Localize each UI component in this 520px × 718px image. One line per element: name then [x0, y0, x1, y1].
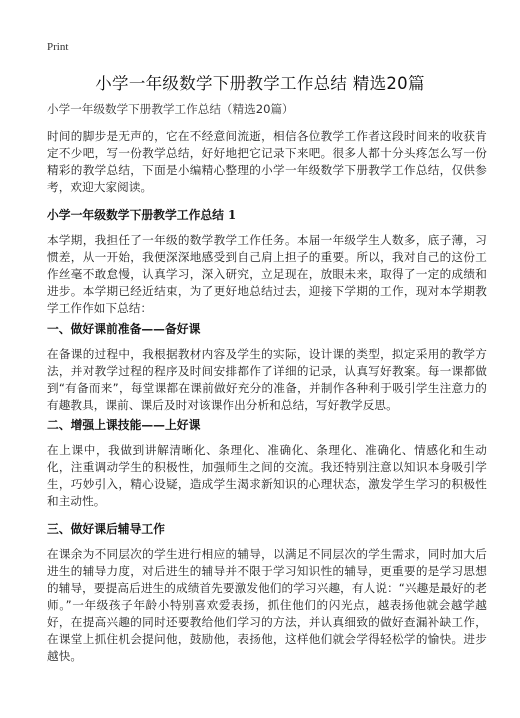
print-label: Print [47, 41, 68, 53]
page-title: 小学一年级数学下册教学工作总结 精选20篇 [0, 70, 520, 94]
section-1-paragraph: 本学期，我担任了一年级的数学教学工作任务。本届一年级学生人数多，底子薄，习惯差，… [47, 232, 487, 317]
intro-paragraph: 时间的脚步是无声的，它在不经意间流逝，相信各位教学工作者这段时间来的收获肯定不少… [47, 128, 487, 196]
document-page: Print 小学一年级数学下册教学工作总结 精选20篇 小学一年级数学下册教学工… [0, 0, 520, 718]
part-3-heading: 三、做好课后辅导工作 [47, 520, 165, 537]
document-subtitle: 小学一年级数学下册教学工作总结（精选20篇） [47, 101, 294, 117]
part-1-paragraph: 在备课的过程中，我根据教材内容及学生的实际，设计课的类型，拟定采用的教学方法，并… [47, 346, 487, 414]
part-2-heading: 二、增强上课技能——上好课 [47, 416, 200, 433]
section-heading-1: 小学一年级数学下册教学工作总结 1 [47, 206, 236, 223]
part-1-heading: 一、做好课前准备——备好课 [47, 320, 200, 337]
part-3-paragraph: 在课余为不同层次的学生进行相应的辅导，以满足不同层次的学生需求，同时加大后进生的… [47, 546, 487, 665]
part-2-paragraph: 在上课中，我做到讲解清晰化、条理化、准确化、条理化、准确化、情感化和生动化，注重… [47, 442, 487, 510]
